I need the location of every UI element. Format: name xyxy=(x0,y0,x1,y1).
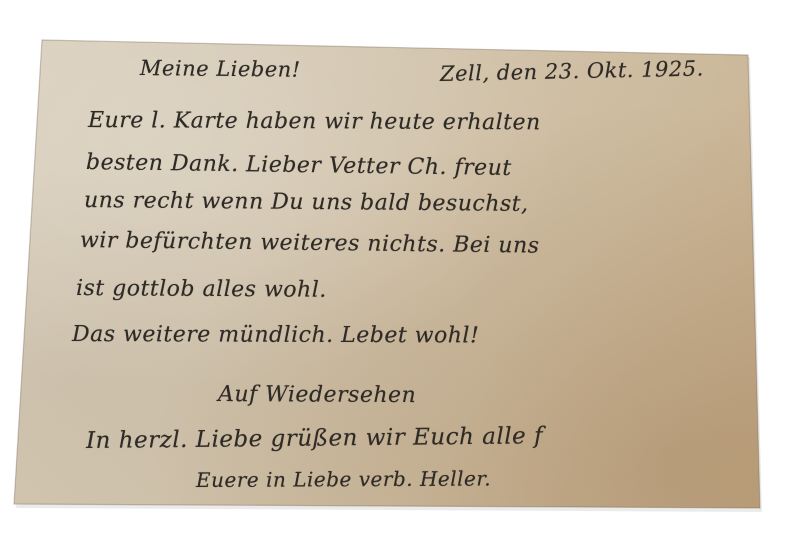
body-line: ist gottlob alles wohl. xyxy=(76,276,327,303)
body-line: Eure l. Karte haben wir heute erhalten xyxy=(88,108,541,135)
signature: Euere in Liebe verb. Heller. xyxy=(196,466,491,492)
salutation: Meine Lieben! xyxy=(140,56,301,82)
body-line: Das weitere mündlich. Lebet wohl! xyxy=(72,322,479,348)
body-line: uns recht wenn Du uns bald besuchst, xyxy=(84,188,529,217)
closing: Auf Wiedersehen xyxy=(218,382,416,408)
greeting: In herzl. Liebe grüßen wir Euch alle f xyxy=(86,423,543,454)
postcard xyxy=(0,0,800,543)
